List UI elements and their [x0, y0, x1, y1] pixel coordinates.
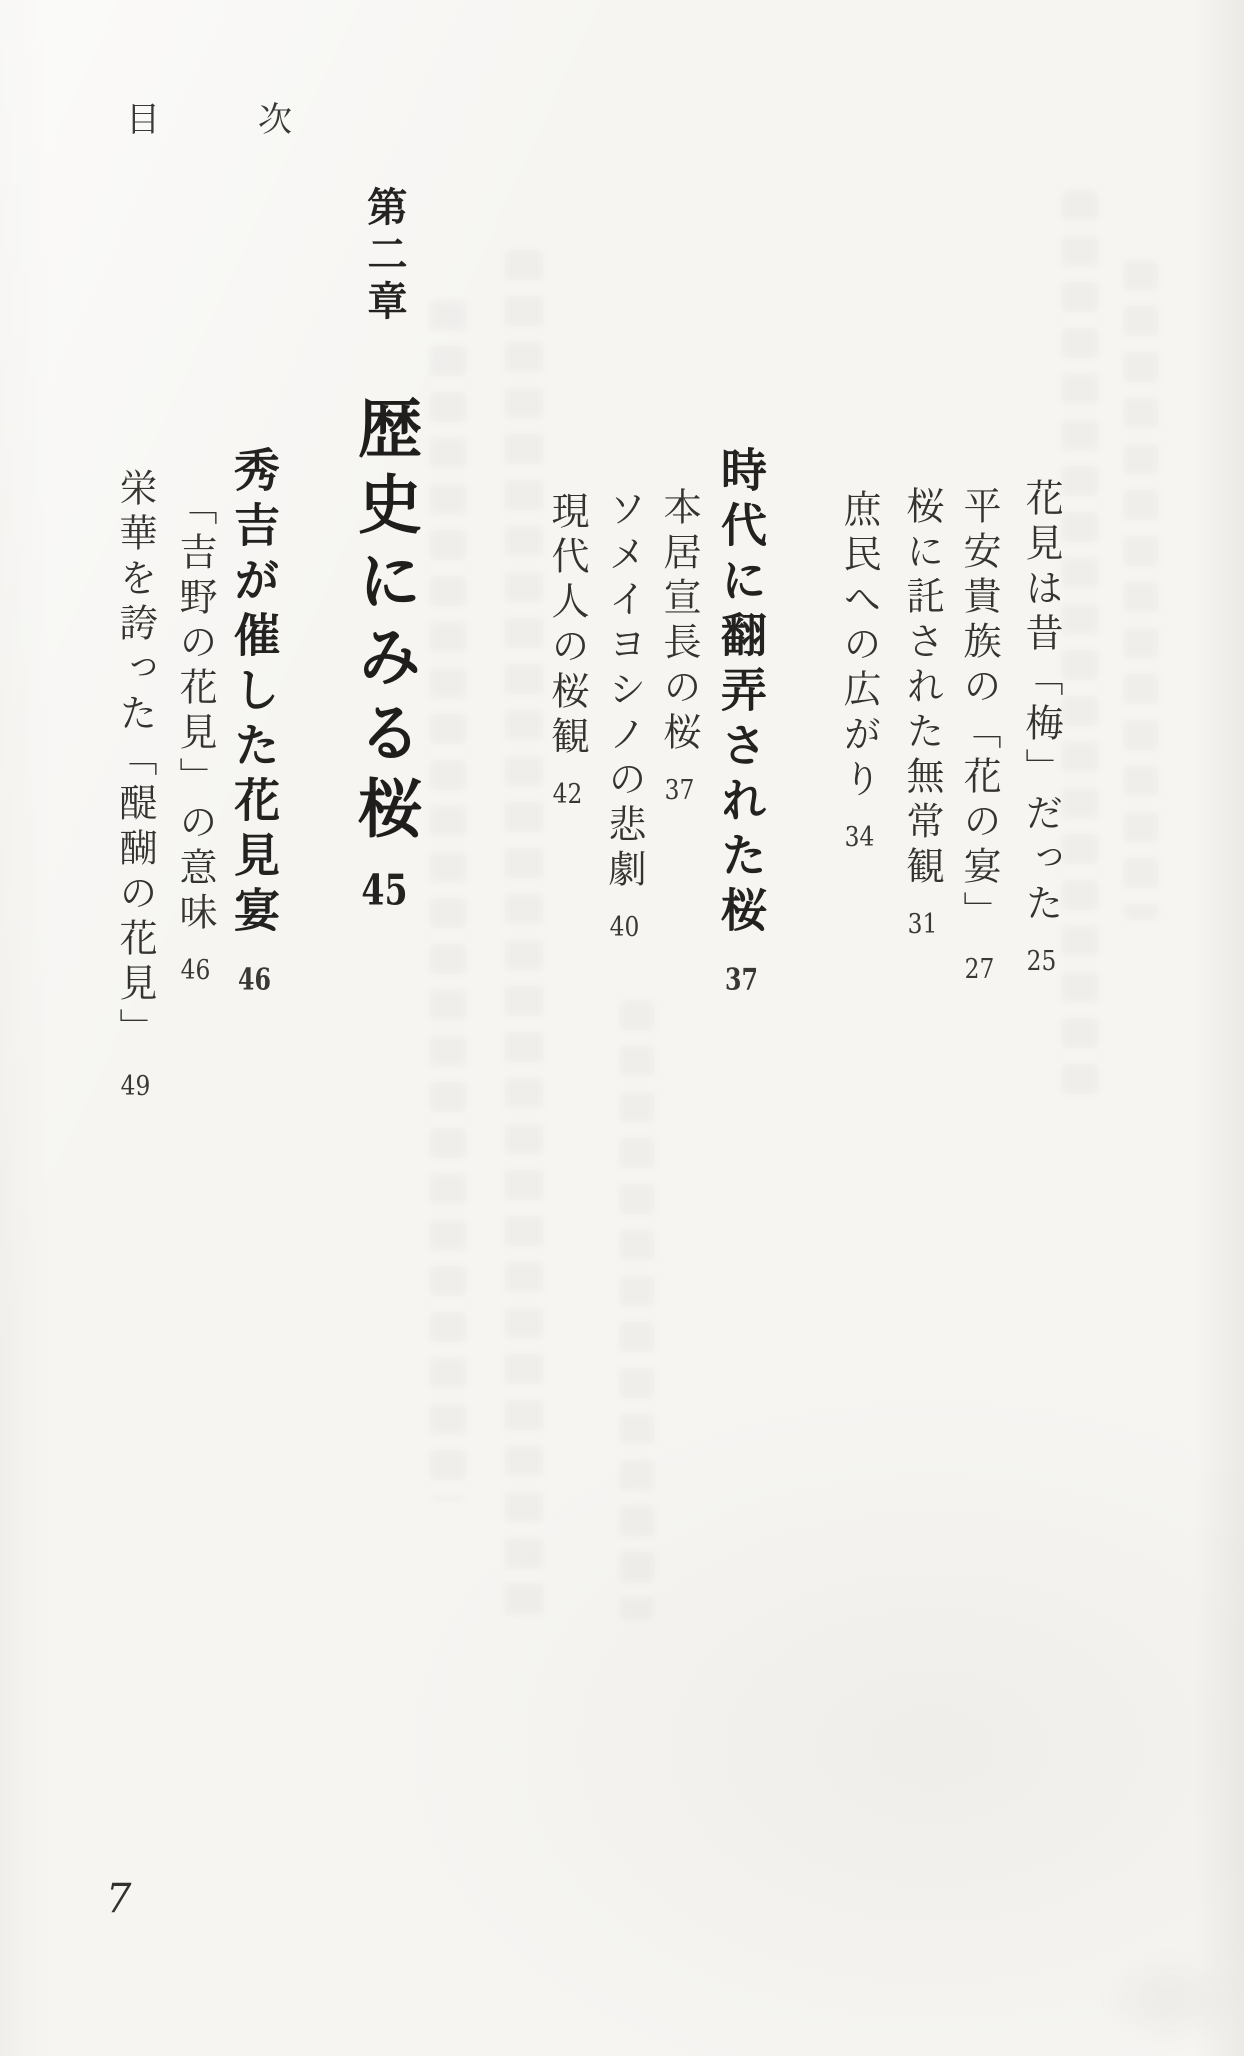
toc-entry-text: 秀吉が催した花見宴 [227, 446, 281, 941]
toc-section-heading: 秀吉が催した花見宴46 [231, 446, 277, 995]
toc-entry-page-number: 27 [964, 956, 995, 983]
toc-entry-page-number: 46 [237, 965, 272, 995]
toc-entry-text: ソメイヨシノの悲劇 [602, 489, 646, 894]
toc-entry-page-number: 42 [552, 781, 583, 808]
toc-entry-page-number: 34 [844, 824, 875, 851]
toc-entry: 平安貴族の「花の宴」27 [960, 486, 998, 983]
chapter-page-number: 45 [360, 869, 409, 911]
toc-entry-page-number: 31 [907, 911, 938, 938]
bleed-through-ghost-column [1124, 260, 1158, 920]
toc-entry: 本居宣長の桜37 [660, 487, 698, 804]
toc-entry-text: 時代に翻弄された桜 [714, 446, 768, 941]
toc-entry-text: 「吉野の花見」の意味 [173, 487, 217, 937]
toc-entry-text: 桜に託された無常観 [900, 486, 944, 891]
chapter-title: 歴史にみる桜 [347, 395, 422, 851]
toc-entry-text: 現代人の桜観 [545, 491, 589, 761]
bleed-through-ghost-column [505, 250, 543, 1620]
toc-entry-text: 花見は昔「梅」だった [1019, 478, 1063, 928]
toc-entry-page-number: 37 [724, 965, 759, 995]
toc-page: 目 次 花見は昔「梅」だった25 平安貴族の「花の宴」27 桜に託された無常観3… [0, 0, 1244, 2056]
chapter-heading: 第二章歴史にみる桜45 [352, 186, 416, 911]
toc-entry: 桜に託された無常観31 [903, 486, 941, 938]
toc-entry: 花見は昔「梅」だった25 [1022, 478, 1060, 975]
toc-entry-text: 栄華を誇った「醍醐の花見」 [113, 468, 157, 1053]
toc-entry-page-number: 46 [180, 957, 211, 984]
folio-page-number: 7 [106, 1876, 131, 1922]
toc-entry: ソメイヨシノの悲劇40 [605, 489, 643, 941]
toc-entry: 庶民への広がり34 [840, 489, 878, 851]
toc-entry-text: 平安貴族の「花の宴」 [957, 486, 1001, 936]
toc-title: 目 次 [126, 92, 324, 141]
toc-entry: 栄華を誇った「醍醐の花見」49 [116, 468, 154, 1100]
toc-entry-page-number: 37 [664, 777, 695, 804]
toc-entry-text: 庶民への広がり [837, 489, 881, 804]
toc-entry: 現代人の桜観42 [548, 491, 586, 808]
bleed-through-ghost-column [620, 1000, 654, 1620]
toc-section-heading: 時代に翻弄された桜37 [718, 446, 764, 995]
toc-entry-text: 本居宣長の桜 [657, 487, 701, 757]
scan-smudge [1100, 1950, 1240, 2050]
bleed-through-ghost-column [430, 300, 466, 1500]
chapter-number-label: 第二章 [361, 186, 408, 327]
toc-entry-page-number: 49 [120, 1073, 151, 1100]
toc-entry-page-number: 40 [609, 914, 640, 941]
toc-entry: 「吉野の花見」の意味46 [176, 487, 214, 984]
bleed-through-ghost-column [1062, 190, 1098, 1110]
toc-entry-page-number: 25 [1026, 948, 1057, 975]
